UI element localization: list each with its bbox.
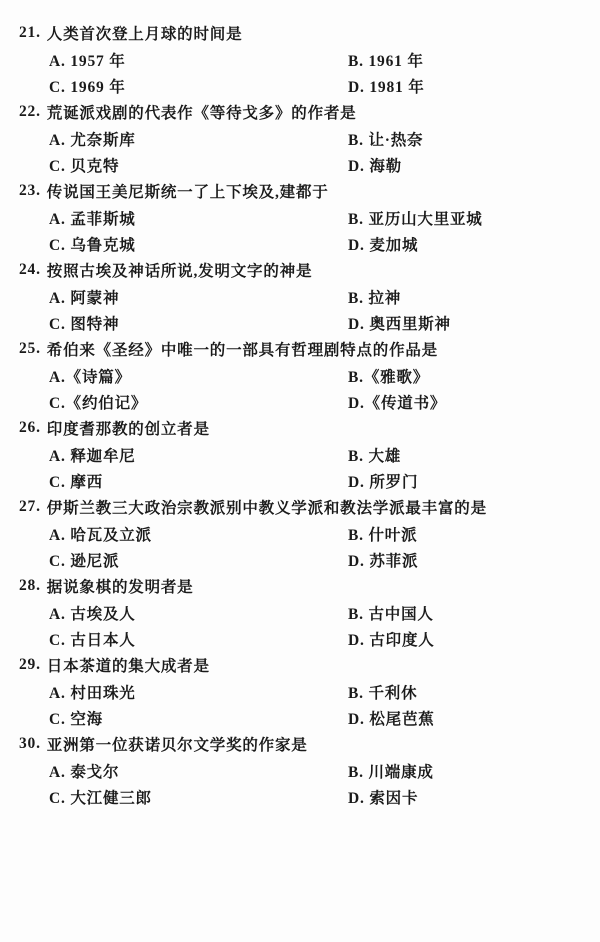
options-row-ab: A. 哈瓦及立派 B. 什叶派: [19, 521, 590, 547]
options-row-cd: C. 乌鲁克城 D. 麦加城: [19, 231, 590, 257]
option-d: D. 所罗门: [348, 470, 418, 492]
option-d: D. 奥西里斯神: [348, 312, 451, 334]
question-number: 22.: [19, 103, 41, 121]
question-stem-row: 23. 传说国王美尼斯统一了上下埃及,建都于: [19, 178, 590, 204]
option-d: D. 苏菲派: [348, 549, 418, 571]
exam-question-sheet: 21. 人类首次登上月球的时间是 A. 1957 年 B. 1961 年 C. …: [0, 0, 600, 942]
option-d: D. 麦加城: [348, 233, 418, 255]
options-row-cd: C. 大江健三郎 D. 索因卡: [19, 784, 590, 810]
options-row-ab: A. 村田珠光 B. 千利休: [19, 679, 590, 705]
question-number: 30.: [19, 735, 41, 753]
options-row-cd: C.《约伯记》 D.《传道书》: [19, 389, 590, 415]
option-c: C. 乌鲁克城: [49, 233, 348, 255]
question-number: 27.: [19, 498, 41, 516]
question-text: 印度耆那教的创立者是: [47, 417, 210, 439]
options-row-ab: A. 孟菲斯城 B. 亚历山大里亚城: [19, 204, 590, 230]
option-a: A.《诗篇》: [49, 365, 348, 387]
question-block: 27. 伊斯兰教三大政治宗教派别中教义学派和教法学派最丰富的是 A. 哈瓦及立派…: [19, 494, 590, 573]
option-a: A. 村田珠光: [49, 681, 348, 703]
question-stem-row: 29. 日本茶道的集大成者是: [19, 652, 590, 678]
options-row-cd: C. 逊尼派 D. 苏菲派: [19, 547, 590, 573]
option-b: B. 1961 年: [348, 49, 424, 71]
question-number: 26.: [19, 419, 41, 437]
option-b: B. 千利休: [348, 681, 417, 703]
question-text: 伊斯兰教三大政治宗教派别中教义学派和教法学派最丰富的是: [47, 496, 487, 518]
question-text: 亚洲第一位获诺贝尔文学奖的作家是: [47, 733, 308, 755]
question-stem-row: 24. 按照古埃及神话所说,发明文字的神是: [19, 257, 590, 283]
option-b: B. 什叶派: [348, 523, 417, 545]
option-a: A. 孟菲斯城: [49, 207, 348, 229]
options-row-ab: A. 释迦牟尼 B. 大雄: [19, 442, 590, 468]
question-stem-row: 27. 伊斯兰教三大政治宗教派别中教义学派和教法学派最丰富的是: [19, 494, 590, 520]
option-d: D.《传道书》: [348, 391, 446, 413]
options-row-cd: C. 贝克特 D. 海勒: [19, 152, 590, 178]
option-d: D. 松尾芭蕉: [348, 707, 435, 729]
question-block: 22. 荒诞派戏剧的代表作《等待戈多》的作者是 A. 尤奈斯库 B. 让·热奈 …: [19, 99, 590, 178]
question-text: 按照古埃及神话所说,发明文字的神是: [47, 259, 312, 281]
option-a: A. 阿蒙神: [49, 286, 348, 308]
question-block: 28. 据说象棋的发明者是 A. 古埃及人 B. 古中国人 C. 古日本人 D.…: [19, 573, 590, 652]
option-a: A. 泰戈尔: [49, 760, 348, 782]
option-b: B. 拉神: [348, 286, 401, 308]
option-b: B. 大雄: [348, 444, 401, 466]
question-block: 21. 人类首次登上月球的时间是 A. 1957 年 B. 1961 年 C. …: [19, 20, 590, 99]
question-number: 24.: [19, 261, 41, 279]
option-b: B. 川端康成: [348, 760, 434, 782]
question-stem-row: 26. 印度耆那教的创立者是: [19, 415, 590, 441]
options-row-ab: A. 1957 年 B. 1961 年: [19, 46, 590, 72]
question-number: 23.: [19, 182, 41, 200]
option-a: A. 古埃及人: [49, 602, 348, 624]
option-a: A. 释迦牟尼: [49, 444, 348, 466]
question-block: 25. 希伯来《圣经》中唯一的一部具有哲理剧特点的作品是 A.《诗篇》 B.《雅…: [19, 336, 590, 415]
option-a: A. 1957 年: [49, 49, 348, 71]
question-number: 29.: [19, 656, 41, 674]
question-stem-row: 21. 人类首次登上月球的时间是: [19, 20, 590, 46]
option-c: C. 贝克特: [49, 154, 348, 176]
options-row-cd: C. 1969 年 D. 1981 年: [19, 73, 590, 99]
question-text: 人类首次登上月球的时间是: [47, 22, 243, 44]
option-c: C. 图特神: [49, 312, 348, 334]
option-b: B.《雅歌》: [348, 365, 429, 387]
question-number: 21.: [19, 24, 41, 42]
option-b: B. 亚历山大里亚城: [348, 207, 483, 229]
option-d: D. 1981 年: [348, 75, 425, 97]
option-d: D. 古印度人: [348, 628, 435, 650]
options-row-cd: C. 古日本人 D. 古印度人: [19, 626, 590, 652]
question-block: 26. 印度耆那教的创立者是 A. 释迦牟尼 B. 大雄 C. 摩西 D. 所罗…: [19, 415, 590, 494]
options-row-cd: C. 摩西 D. 所罗门: [19, 468, 590, 494]
question-block: 29. 日本茶道的集大成者是 A. 村田珠光 B. 千利休 C. 空海 D. 松…: [19, 652, 590, 731]
option-c: C. 大江健三郎: [49, 786, 348, 808]
option-c: C. 空海: [49, 707, 348, 729]
question-stem-row: 22. 荒诞派戏剧的代表作《等待戈多》的作者是: [19, 99, 590, 125]
option-b: B. 让·热奈: [348, 128, 423, 150]
option-c: C.《约伯记》: [49, 391, 348, 413]
option-c: C. 1969 年: [49, 75, 348, 97]
question-number: 25.: [19, 340, 41, 358]
option-c: C. 逊尼派: [49, 549, 348, 571]
option-a: A. 尤奈斯库: [49, 128, 348, 150]
option-c: C. 古日本人: [49, 628, 348, 650]
question-number: 28.: [19, 577, 41, 595]
question-block: 24. 按照古埃及神话所说,发明文字的神是 A. 阿蒙神 B. 拉神 C. 图特…: [19, 257, 590, 336]
options-row-ab: A. 古埃及人 B. 古中国人: [19, 600, 590, 626]
option-d: D. 索因卡: [348, 786, 418, 808]
question-text: 希伯来《圣经》中唯一的一部具有哲理剧特点的作品是: [47, 338, 438, 360]
question-text: 传说国王美尼斯统一了上下埃及,建都于: [47, 180, 329, 202]
option-c: C. 摩西: [49, 470, 348, 492]
options-row-ab: A. 阿蒙神 B. 拉神: [19, 283, 590, 309]
question-text: 据说象棋的发明者是: [47, 575, 194, 597]
question-text: 荒诞派戏剧的代表作《等待戈多》的作者是: [47, 101, 357, 123]
options-row-ab: A. 泰戈尔 B. 川端康成: [19, 758, 590, 784]
question-block: 30. 亚洲第一位获诺贝尔文学奖的作家是 A. 泰戈尔 B. 川端康成 C. 大…: [19, 731, 590, 810]
options-row-ab: A.《诗篇》 B.《雅歌》: [19, 362, 590, 388]
question-stem-row: 28. 据说象棋的发明者是: [19, 573, 590, 599]
options-row-ab: A. 尤奈斯库 B. 让·热奈: [19, 125, 590, 151]
option-d: D. 海勒: [348, 154, 402, 176]
option-b: B. 古中国人: [348, 602, 434, 624]
question-block: 23. 传说国王美尼斯统一了上下埃及,建都于 A. 孟菲斯城 B. 亚历山大里亚…: [19, 178, 590, 257]
options-row-cd: C. 空海 D. 松尾芭蕉: [19, 705, 590, 731]
question-stem-row: 30. 亚洲第一位获诺贝尔文学奖的作家是: [19, 731, 590, 757]
options-row-cd: C. 图特神 D. 奥西里斯神: [19, 310, 590, 336]
question-text: 日本茶道的集大成者是: [47, 654, 210, 676]
question-stem-row: 25. 希伯来《圣经》中唯一的一部具有哲理剧特点的作品是: [19, 336, 590, 362]
option-a: A. 哈瓦及立派: [49, 523, 348, 545]
